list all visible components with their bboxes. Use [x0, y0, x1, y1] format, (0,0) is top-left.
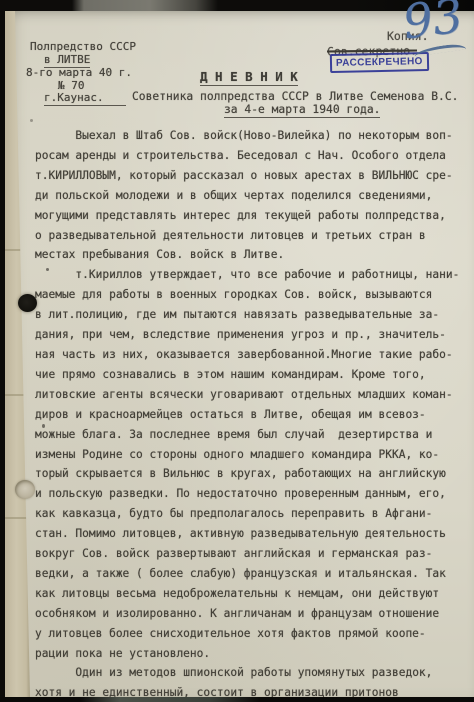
letterhead-city-underlined: г.Каунас.	[44, 91, 126, 106]
letterhead-org-country: в ЛИТВЕ	[44, 53, 90, 66]
punch-hole-light	[15, 480, 35, 499]
paragraph-kirillov-report: т.Кириллов утверждает, что все рабочие и…	[35, 265, 465, 663]
handwritten-page-number: 93	[400, 0, 465, 46]
diary-body: Выехал в Штаб Сов. войск(Ново-Вилейка) п…	[35, 126, 465, 702]
diary-subtitle-line1: Советника полпредства СССР в Литве Семен…	[132, 90, 458, 103]
paragraph-visit-staff: Выехал в Штаб Сов. войск(Ново-Вилейка) п…	[35, 126, 465, 265]
letterhead-city: г.Каунас.	[44, 91, 126, 104]
letterhead-date: 8-го марта 40 г.	[26, 66, 132, 79]
document-photo: Полпредство СССР в ЛИТВЕ 8-го марта 40 г…	[0, 0, 474, 702]
paper-speck	[30, 119, 33, 122]
diary-title-underlined: Д Н Е В Н И К	[200, 69, 298, 86]
diary-subtitle-date-underlined: за 4-е марта 1940 года.	[224, 103, 380, 118]
punch-hole-filled	[18, 294, 37, 312]
photo-dark-edge-bottom	[0, 697, 474, 702]
diary-subtitle-line2: за 4-е марта 1940 года.	[224, 103, 380, 116]
diary-title: Д Н Е В Н И К	[200, 69, 298, 84]
letterhead-org-name: Полпредство СССР	[30, 40, 136, 53]
paper-speck	[42, 424, 45, 428]
paper-speck	[46, 268, 49, 271]
